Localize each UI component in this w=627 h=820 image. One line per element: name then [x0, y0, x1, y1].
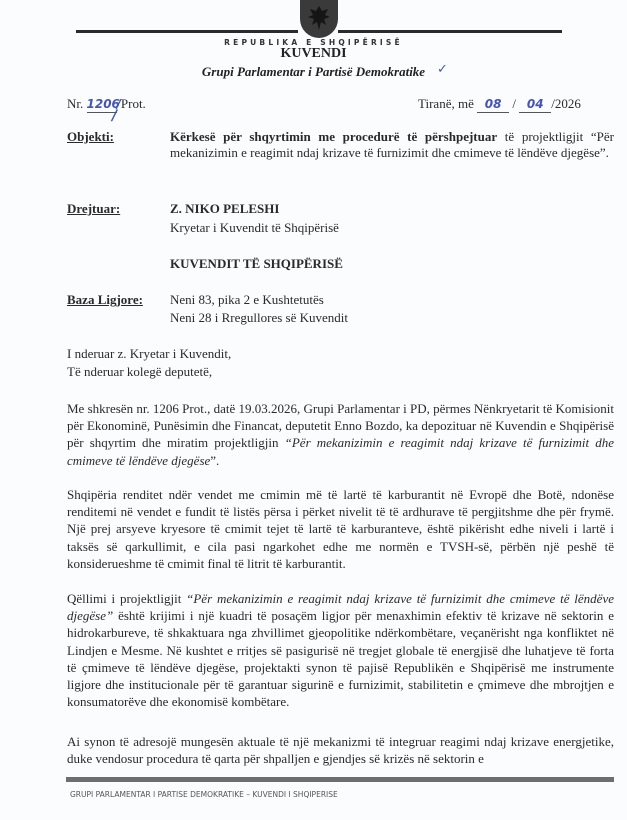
date-month: 04	[519, 96, 551, 113]
subject-text: Kërkesë për shqyrtimin me procedurë të p…	[170, 129, 614, 161]
legal-basis-label: Baza Ligjore:	[67, 292, 143, 308]
header-rule-right	[338, 30, 562, 33]
legal-basis-line-2: Neni 28 i Rregullores së Kuvendit	[170, 310, 348, 326]
date-day: 08	[477, 96, 509, 113]
eagle-emblem-icon	[300, 0, 338, 38]
body-paragraph-4: Ai synon të adresojë mungesën aktuale të…	[67, 733, 614, 767]
protocol-number: Nr. 1206/Prot.	[67, 96, 146, 113]
addressee-name: Z. NIKO PELESHI	[170, 201, 279, 217]
group-heading: Grupi Parlamentar i Partisë Demokratike	[0, 64, 627, 80]
handwritten-check-icon: ✓	[437, 62, 448, 77]
salutation-line-2: Të nderuar kolegë deputetë,	[67, 364, 212, 380]
addressee-label: Drejtuar:	[67, 201, 120, 217]
subject-label: Objekti:	[67, 129, 114, 145]
handwritten-slash: /	[112, 108, 117, 124]
header-rule-left	[76, 30, 298, 33]
body-paragraph-3: Qëllimi i projektligjit “Për mekanizimin…	[67, 590, 614, 710]
legal-basis-line-1: Neni 83, pika 2 e Kushtetutës	[170, 292, 324, 308]
parliament-heading: KUVENDI	[0, 46, 627, 62]
footer-rule	[66, 777, 614, 782]
addressee-institution: KUVENDIT TË SHQIPËRISË	[170, 256, 343, 272]
body-paragraph-1: Me shkresën nr. 1206 Prot., datë 19.03.2…	[67, 400, 614, 469]
addressee-title: Kryetar i Kuvendit të Shqipërisë	[170, 220, 339, 236]
body-paragraph-2: Shqipëria renditet ndër vendet me cmimin…	[67, 486, 614, 572]
salutation-line-1: I nderuar z. Kryetar i Kuvendit,	[67, 346, 231, 362]
footer-text: GRUPI PARLAMENTAR I PARTISE DEMOKRATIKE …	[70, 790, 338, 799]
document-date: Tiranë, më 08 / 04/2026	[418, 96, 581, 113]
